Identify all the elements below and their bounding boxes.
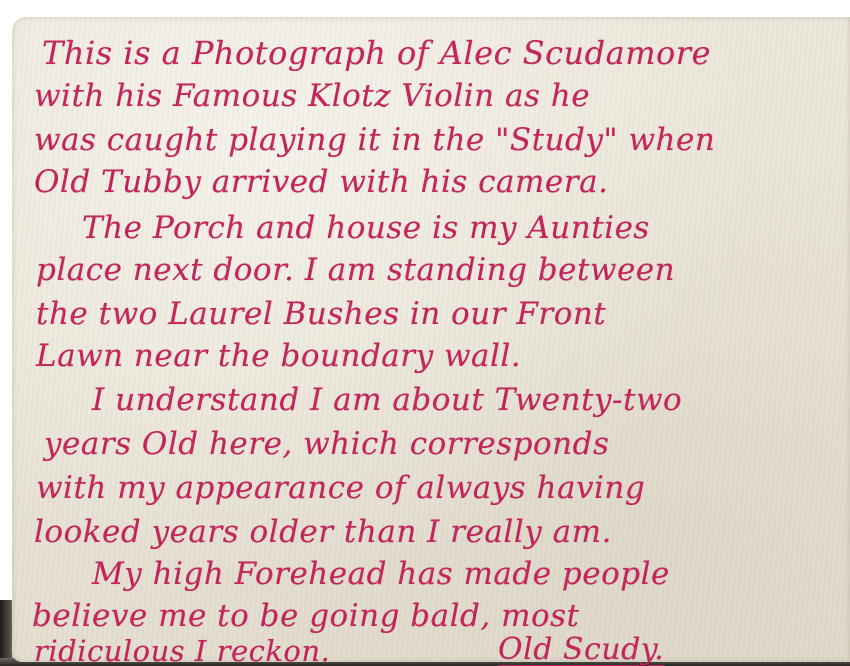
letter-line-4: Old Tubby arrived with his camera. [34,167,608,198]
letter-line-15: ridiculous I reckon. [34,637,330,666]
letter-line-9: I understand I am about Twenty-two [92,385,682,416]
letter-line-3: was caught playing it in the "Study" whe… [34,125,715,156]
letter-line-7: the two Laurel Bushes in our Front [36,299,606,330]
letter-line-2: with his Famous Klotz Violin as he [34,81,590,112]
letter-line-14: believe me to be going bald, most [32,601,580,632]
letter-line-10: years Old here, which corresponds [44,429,609,460]
photo-card-back: This is a Photograph of Alec Scudamore w… [12,17,850,662]
letter-line-8: Lawn near the boundary wall. [36,341,521,372]
letter-line-11: with my appearance of always having [36,473,645,504]
letter-line-13: My high Forehead has made people [92,559,670,590]
letter-line-5: The Porch and house is my Aunties [82,213,650,244]
handwritten-letter: This is a Photograph of Alec Scudamore w… [12,17,850,662]
letter-line-12: looked years older than I really am. [34,517,612,548]
letter-line-6: place next door. I am standing between [36,255,675,286]
letter-line-1: This is a Photograph of Alec Scudamore [42,37,711,69]
signature: Old Scudy. [498,635,664,665]
